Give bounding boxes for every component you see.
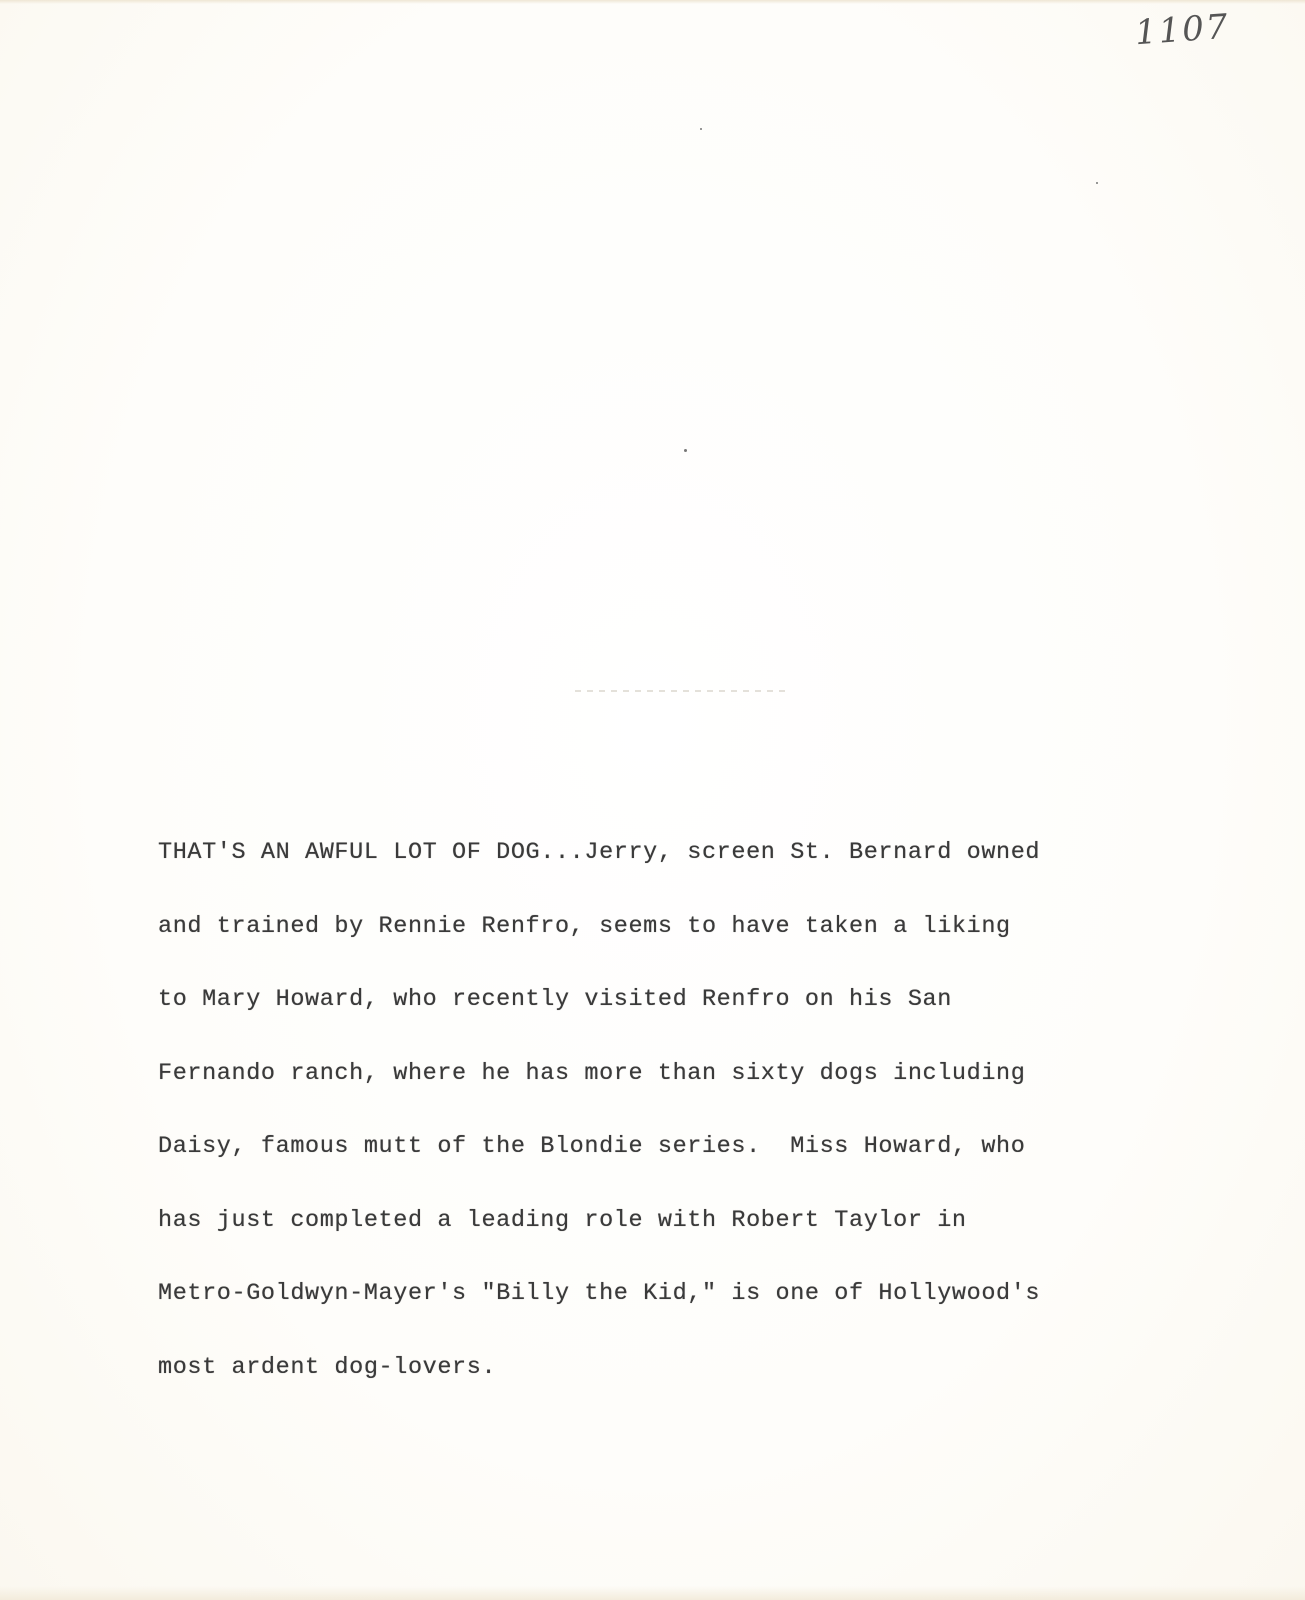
- caption-line: THAT'S AN AWFUL LOT OF DOG...Jerry, scre…: [158, 841, 1158, 866]
- caption-line: has just completed a leading role with R…: [158, 1209, 1158, 1234]
- paper-speck: [1096, 182, 1098, 184]
- caption-line: and trained by Rennie Renfro, seems to h…: [158, 915, 1158, 940]
- caption-line: to Mary Howard, who recently visited Ren…: [158, 988, 1158, 1013]
- faint-crop-mark: [575, 690, 790, 692]
- paper-speck: [684, 449, 687, 452]
- paper-bottom-edge: [0, 1586, 1305, 1600]
- caption-line: Metro-Goldwyn-Mayer's "Billy the Kid," i…: [158, 1282, 1158, 1307]
- handwritten-catalog-number: 1107: [1134, 7, 1231, 53]
- paper-sheet: 1107 THAT'S AN AWFUL LOT OF DOG...Jerry,…: [0, 0, 1305, 1600]
- caption-line: most ardent dog-lovers.: [158, 1356, 1158, 1381]
- caption-line: Daisy, famous mutt of the Blondie series…: [158, 1135, 1158, 1160]
- caption-line: Fernando ranch, where he has more than s…: [158, 1062, 1158, 1087]
- paper-speck: [700, 128, 702, 130]
- paper-top-edge: [0, 0, 1305, 4]
- typewritten-caption: THAT'S AN AWFUL LOT OF DOG...Jerry, scre…: [158, 792, 1158, 1429]
